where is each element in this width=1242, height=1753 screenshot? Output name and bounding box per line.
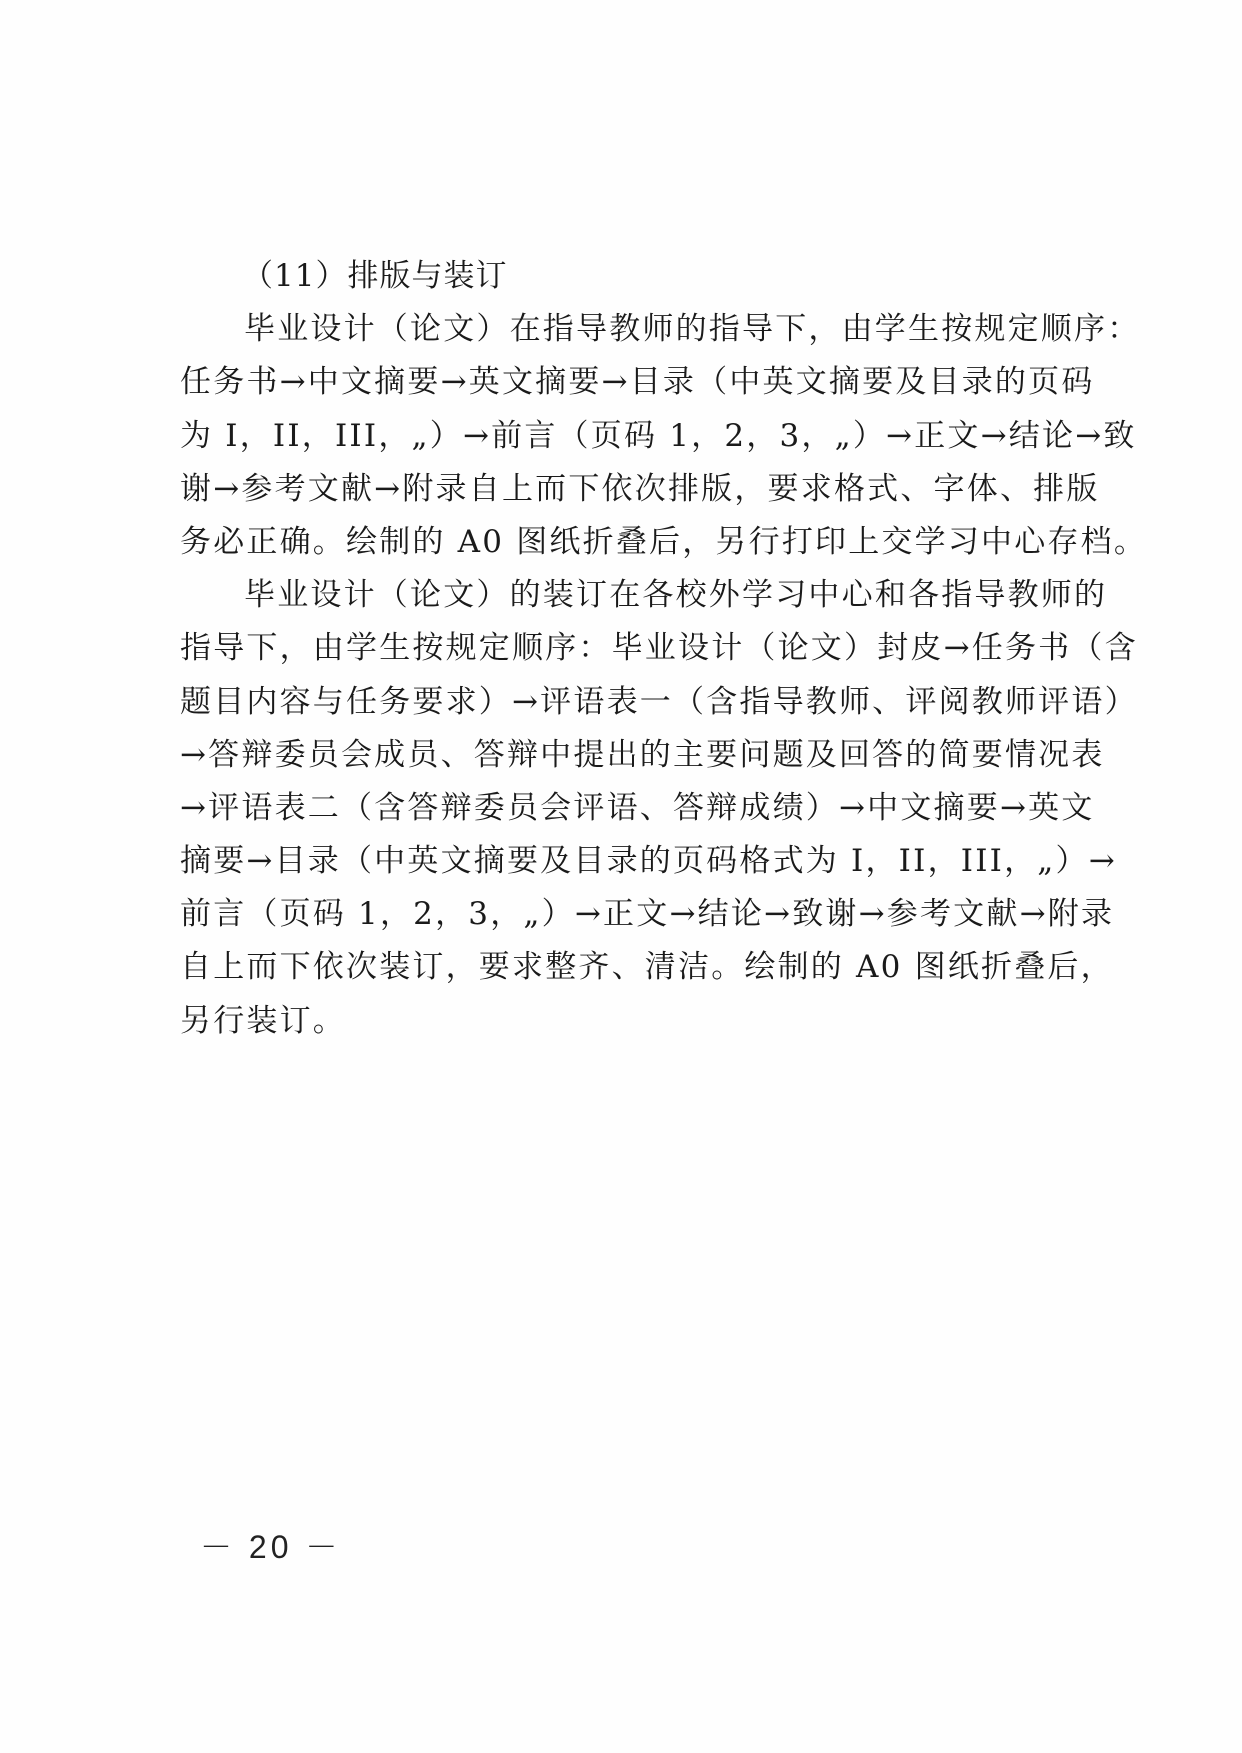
page-number: － 20 － (200, 1522, 341, 1568)
paragraph-typesetting: 毕业设计（论文）在指导教师的指导下，由学生按规定顺序： 任务书→中文摘要→英文摘… (180, 303, 1068, 569)
paragraph-line: →答辩委员会成员、答辩中提出的主要问题及回答的简要情况表 (180, 729, 1068, 782)
paragraph-line: 摘要→目录（中英文摘要及目录的页码格式为 I，II，III，„）→ (180, 835, 1068, 888)
paragraph-line: 指导下，由学生按规定顺序：毕业设计（论文）封皮→任务书（含 (180, 622, 1068, 675)
paragraph-line: 任务书→中文摘要→英文摘要→目录（中英文摘要及目录的页码 (180, 356, 1068, 409)
paragraph-line: 前言（页码 1，2，3，„）→正文→结论→致谢→参考文献→附录 (180, 888, 1068, 941)
paragraph-line: 为 I，II，III，„）→前言（页码 1，2，3，„）→正文→结论→致 (180, 410, 1068, 463)
paragraph-binding: 毕业设计（论文）的装订在各校外学习中心和各指导教师的 指导下，由学生按规定顺序：… (180, 569, 1068, 1048)
paragraph-line: 务必正确。绘制的 A0 图纸折叠后，另行打印上交学习中心存档。 (180, 516, 1068, 569)
body-text: （11）排版与装订 毕业设计（论文）在指导教师的指导下，由学生按规定顺序： 任务… (180, 250, 1068, 1048)
paragraph-line: 毕业设计（论文）的装订在各校外学习中心和各指导教师的 (180, 569, 1068, 622)
paragraph-line: 毕业设计（论文）在指导教师的指导下，由学生按规定顺序： (180, 303, 1068, 356)
paragraph-line: →评语表二（含答辩委员会评语、答辩成绩）→中文摘要→英文 (180, 782, 1068, 835)
paragraph-line: 自上而下依次装订，要求整齐、清洁。绘制的 A0 图纸折叠后， (180, 941, 1068, 994)
paragraph-line: 另行装订。 (180, 995, 1068, 1048)
paragraph-line: 题目内容与任务要求）→评语表一（含指导教师、评阅教师评语） (180, 676, 1068, 729)
paragraph-line: 谢→参考文献→附录自上而下依次排版，要求格式、字体、排版 (180, 463, 1068, 516)
document-page: （11）排版与装订 毕业设计（论文）在指导教师的指导下，由学生按规定顺序： 任务… (0, 0, 1242, 1753)
section-heading: （11）排版与装订 (180, 250, 1068, 303)
